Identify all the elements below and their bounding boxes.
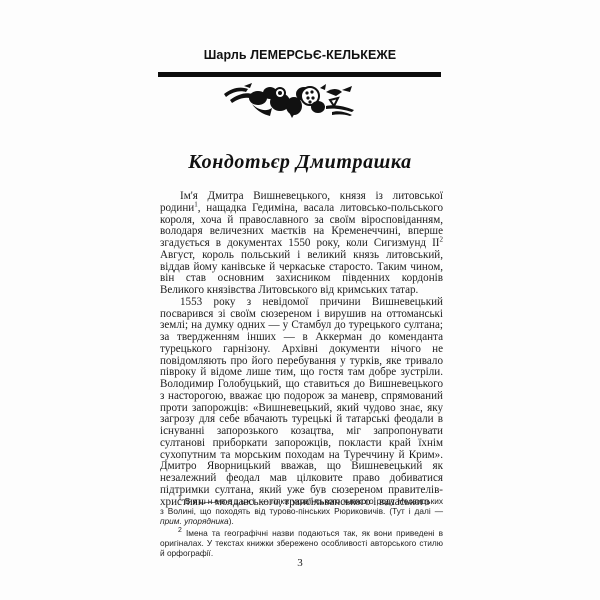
running-head-author: Шарль ЛЕМЕРСЬЄ-КЕЛЬКЕЖЕ [158, 48, 442, 62]
footnote-2: 2 Імена та географічні назви подаються т… [160, 526, 443, 558]
paragraph-1: Ім'я Дмитра Вишневецького, князя із лито… [160, 191, 443, 297]
header-rule [158, 72, 441, 77]
footnote-1-mark: 1 [178, 495, 182, 502]
footnote-1-italic: прим. упорядника [160, 516, 229, 526]
footnote-2-text: Імена та географічні назви подаються так… [160, 528, 443, 558]
footnote-ref-2: 2 [440, 235, 444, 243]
footnote-2-mark: 2 [178, 527, 182, 534]
paragraph-1-text-b: , нащадка Гедиміна, васала литовсько-пол… [160, 202, 443, 249]
footnote-1-term: Вишневецькі [185, 496, 257, 506]
book-page: Шарль ЛЕМЕРСЬЄ-КЕЛЬКЕЖЕ [0, 0, 600, 600]
paragraph-2: 1553 року з невідомої причини Вишневецьк… [160, 297, 443, 509]
body-text: Ім'я Дмитра Вишневецького, князя із лито… [160, 191, 443, 508]
paragraph-1-text-c: Август, король польський і великий князь… [160, 249, 443, 296]
page-number: 3 [290, 557, 310, 569]
floral-ornament-icon [222, 80, 362, 118]
footnote-1: 1 Вишневецькі — гілка українського княжо… [160, 494, 443, 526]
footnote-1-end: ). [229, 516, 234, 526]
footnotes: 1 Вишневецькі — гілка українського княжо… [160, 494, 443, 558]
chapter-title: Кондотьєр Дмитрашка [150, 151, 450, 174]
